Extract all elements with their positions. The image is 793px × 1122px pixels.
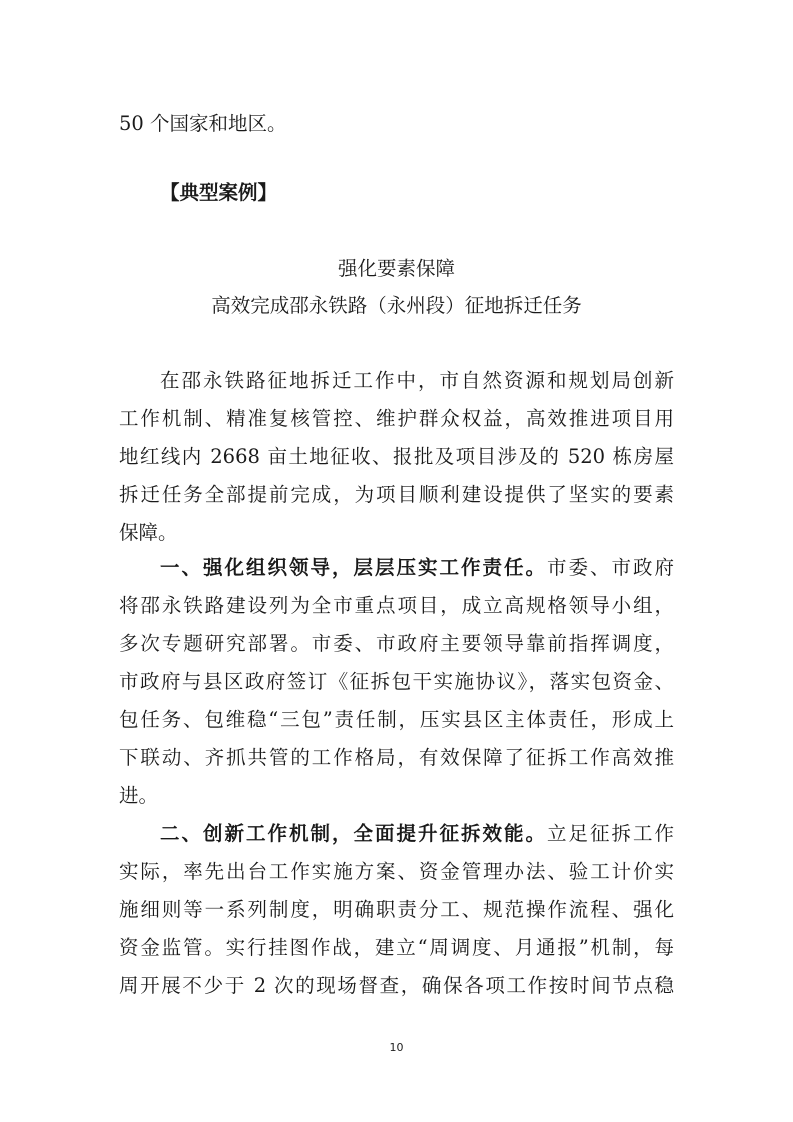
section-tag: 【典型案例】 [160,182,277,204]
continuation-text: 50 个国家和地区。 [119,113,674,135]
section1-line: 多次专题研究部署。市委、市政府主要领导靠前指挥调度， [119,633,674,655]
article-title-line2: 高效完成邵永铁路（永州段）征地拆迁任务 [0,295,793,317]
section1-line: 包任务、包维稳“三包”责任制，压实县区主体责任，形成上 [119,709,674,731]
section1-line: 下联动、齐抓共管的工作格局，有效保障了征拆工作高效推 [119,747,674,769]
section2-heading: 二、创新工作机制，全面提升征拆效能。 [160,822,547,845]
intro-line: 拆迁任务全部提前完成，为项目顺利建设提供了坚实的要素 [119,484,674,506]
section1-line: 市政府与县区政府签订《征拆包干实施协议》，落实包资金、 [119,671,674,693]
section1-first-line: 一、强化组织领导，层层压实工作责任。市委、市政府 [160,557,674,579]
section1-heading: 一、强化组织领导，层层压实工作责任。 [160,556,547,579]
document-page: 50 个国家和地区。 【典型案例】 强化要素保障 高效完成邵永铁路（永州段）征地… [0,0,793,1122]
section2-line: 施细则等一系列制度，明确职责分工、规范操作流程、强化 [119,899,674,921]
section1-line: 进。 [119,785,674,807]
intro-line: 在邵永铁路征地拆迁工作中，市自然资源和规划局创新 [160,370,674,392]
section2-first-line: 二、创新工作机制，全面提升征拆效能。立足征拆工作 [160,823,674,845]
intro-line: 地红线内 2668 亩土地征收、报批及项目涉及的 520 栋房屋 [119,446,674,468]
section2-line: 实际，率先出台工作实施方案、资金管理办法、验工计价实 [119,861,674,883]
section1-line: 将邵永铁路建设列为全市重点项目，成立高规格领导小组， [119,595,674,617]
intro-line: 保障。 [119,522,674,544]
article-title-line1: 强化要素保障 [0,258,793,280]
intro-line: 工作机制、精准复核管控、维护群众权益，高效推进项目用 [119,408,674,430]
section2-first-line-rest: 立足征拆工作 [547,822,674,845]
section2-line: 周开展不少于 2 次的现场督查，确保各项工作按时间节点稳 [119,975,674,997]
page-number: 10 [0,1041,793,1054]
section2-line: 资金监管。实行挂图作战，建立“周调度、月通报”机制，每 [119,937,674,959]
section1-first-line-rest: 市委、市政府 [547,556,674,579]
